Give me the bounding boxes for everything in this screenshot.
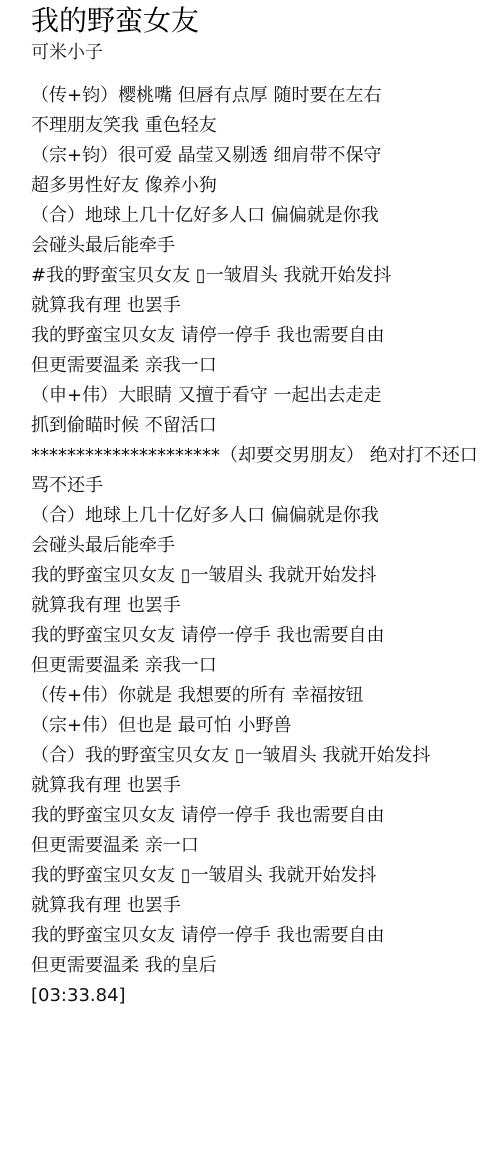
lyric-line: （宗+伟）但也是 最可怕 小野兽 bbox=[31, 711, 500, 741]
lyric-line: 骂不还手 bbox=[31, 471, 500, 501]
song-title: 我的野蛮女友 bbox=[31, 0, 500, 40]
lyric-line: 就算我有理 也罢手 bbox=[31, 291, 500, 321]
lyric-line: 就算我有理 也罢手 bbox=[31, 771, 500, 801]
lyric-line: 就算我有理 也罢手 bbox=[31, 591, 500, 621]
lyric-line: 超多男性好友 像养小狗 bbox=[31, 171, 500, 201]
timestamp: [03:33.84] bbox=[31, 981, 500, 1011]
lyrics-body: （传+钧）樱桃嘴 但唇有点厚 随时要在左右 不理朋友笑我 重色轻友 （宗+钧）很… bbox=[31, 81, 500, 1011]
lyric-line: （传+钧）樱桃嘴 但唇有点厚 随时要在左右 bbox=[31, 81, 500, 111]
lyric-line: 会碰头最后能牵手 bbox=[31, 531, 500, 561]
lyric-line: 但更需要温柔 我的皇后 bbox=[31, 951, 500, 981]
lyric-line: 我的野蛮宝贝女友 ▯一皱眉头 我就开始发抖 bbox=[31, 561, 500, 591]
lyric-line: 抓到偷瞄时候 不留活口 bbox=[31, 411, 500, 441]
lyric-line: （传+伟）你就是 我想要的所有 幸福按钮 bbox=[31, 681, 500, 711]
lyric-line: *********************（却要交男朋友） 绝对打不还口 bbox=[31, 441, 500, 471]
lyric-line: （申+伟）大眼睛 又擅于看守 一起出去走走 bbox=[31, 381, 500, 411]
lyric-line: 我的野蛮宝贝女友 请停一停手 我也需要自由 bbox=[31, 921, 500, 951]
lyric-line: 但更需要温柔 亲我一口 bbox=[31, 351, 500, 381]
lyric-line: #我的野蛮宝贝女友 ▯一皱眉头 我就开始发抖 bbox=[31, 261, 500, 291]
lyric-line: 我的野蛮宝贝女友 请停一停手 我也需要自由 bbox=[31, 621, 500, 651]
lyric-line: （合）地球上几十亿好多人口 偏偏就是你我 bbox=[31, 201, 500, 231]
lyric-line: （合）我的野蛮宝贝女友 ▯一皱眉头 我就开始发抖 bbox=[31, 741, 500, 771]
lyric-line: （合）地球上几十亿好多人口 偏偏就是你我 bbox=[31, 501, 500, 531]
lyric-line: 但更需要温柔 亲我一口 bbox=[31, 651, 500, 681]
lyric-line: 不理朋友笑我 重色轻友 bbox=[31, 111, 500, 141]
lyric-line: 会碰头最后能牵手 bbox=[31, 231, 500, 261]
lyric-line: 我的野蛮宝贝女友 ▯一皱眉头 我就开始发抖 bbox=[31, 861, 500, 891]
lyric-line: 我的野蛮宝贝女友 请停一停手 我也需要自由 bbox=[31, 321, 500, 351]
lyric-line: （宗+钧）很可爱 晶莹又剔透 细肩带不保守 bbox=[31, 141, 500, 171]
lyrics-page: 我的野蛮女友 可米小子 （传+钧）樱桃嘴 但唇有点厚 随时要在左右 不理朋友笑我… bbox=[31, 0, 500, 1011]
artist-name: 可米小子 bbox=[31, 40, 500, 66]
lyric-line: 我的野蛮宝贝女友 请停一停手 我也需要自由 bbox=[31, 801, 500, 831]
lyric-line: 就算我有理 也罢手 bbox=[31, 891, 500, 921]
lyric-line: 但更需要温柔 亲一口 bbox=[31, 831, 500, 861]
